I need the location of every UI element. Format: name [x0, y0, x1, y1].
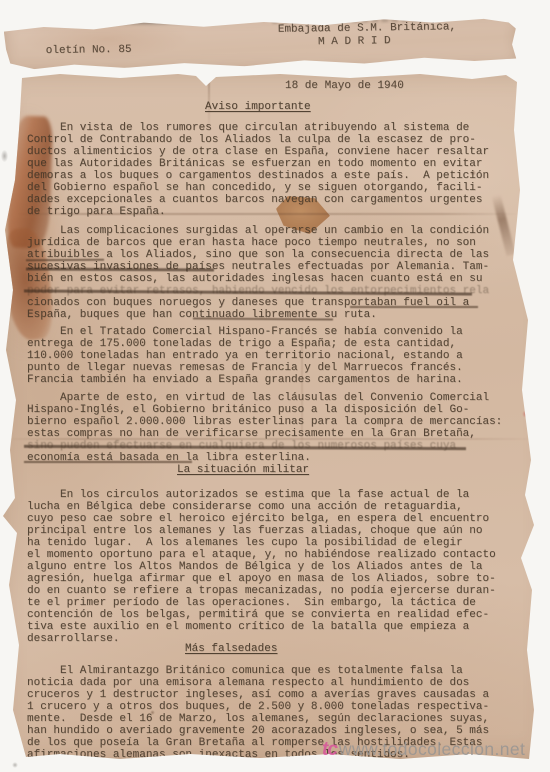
section-heading-mas-falsedades: Más falsedades: [185, 643, 277, 655]
text-line: agresión, huelga afirmar que el apoyo en…: [27, 573, 496, 585]
text-line: tiva este auxilio en el momento crítico …: [27, 621, 496, 633]
embassy-city: M A D R I D: [318, 35, 391, 48]
text-line: Control de Contrabando de los Aliados la…: [27, 134, 489, 146]
text-line: el momento oportuno para el ataque, y, n…: [27, 549, 496, 561]
embassy-name: Embajada de S.M. Británica,: [278, 21, 456, 35]
watermark-url: www.todocoleccion.net: [339, 739, 525, 759]
text-line: sucesivas invasiones de países neutrales…: [27, 261, 489, 273]
text-line: bién en estos casos, las autoridades ing…: [27, 273, 489, 285]
text-line: do en cuanto se refiere a tropas mecaniz…: [27, 585, 496, 597]
text-line: estas compras no han de verificarse prec…: [27, 428, 502, 440]
text-line: En los circulos autorizados se estima qu…: [27, 489, 496, 501]
text-line: Hispano-Inglés, el Gobierno británico pu…: [27, 404, 502, 416]
text-line: lucha en Bélgica debe considerarse como …: [27, 501, 496, 513]
background-speck: [1, 150, 8, 162]
header-strip-fragment: oletín No. 85 Embajada de S.M. Británica…: [4, 12, 519, 71]
text-line: cruceros y 1 destructor ingleses, así co…: [27, 689, 489, 701]
text-line: principal entre los alemanes y las fuerz…: [27, 525, 496, 537]
background-speck: [12, 762, 18, 768]
text-line: ha tenido lugar. A los alemanes les cupo…: [27, 537, 496, 549]
todocoleccion-logo: tc: [322, 739, 337, 760]
text-line: 110.000 toneladas han entrado ya en terr…: [27, 350, 463, 362]
text-line: ductos alimenticios y de otra clase en E…: [27, 146, 489, 158]
text-line: que las Autoridades Británicas se esfuer…: [27, 158, 489, 170]
text-line: demoras a los buques o cargamentos desti…: [27, 170, 489, 182]
text-line: sino pueden efectuarse en cualquiera de …: [27, 440, 502, 452]
text-line: Aparte de esto, en virtud de las cláusul…: [27, 392, 502, 404]
edge-shadow-stain: [492, 194, 516, 256]
paragraph: Aparte de esto, en virtud de las cláusul…: [27, 392, 502, 464]
document-date: 18 de Mayo de 1940: [285, 80, 404, 92]
watermark: tcwww.todocoleccion.net: [322, 739, 525, 761]
paragraph: En vista de los rumores que circulan atr…: [27, 122, 489, 218]
text-line: te el primer período de las operaciones.…: [27, 597, 496, 609]
paragraph: En los circulos autorizados se estima qu…: [27, 489, 496, 645]
text-line: cuyo peso cae sobre el heroico ejército …: [27, 513, 496, 525]
text-line: han hundido o averiado gravemente 20 aco…: [27, 725, 489, 737]
text-line: del Gobierno español se han concedido, y…: [27, 182, 489, 194]
text-line: de trigo para España.: [27, 206, 489, 218]
text-line: En el Tratado Comercial Hispano-Francés …: [27, 326, 463, 338]
scanned-document-photo: oletín No. 85 Embajada de S.M. Británica…: [0, 0, 550, 772]
text-line: dades excepcionales a cuantos barcos nav…: [27, 194, 489, 206]
paragraph: Las complicaciones surgidas al operarse …: [27, 225, 489, 321]
paper-speck-red: [522, 410, 530, 418]
text-line: cionados con buques noruegos y daneses q…: [27, 297, 489, 309]
text-line: contención de los belgas, permitirá que …: [27, 609, 496, 621]
text-line: Francia también ha enviado a España gran…: [27, 374, 463, 386]
text-line: entrega de 175.000 toneladas de trigo a …: [27, 338, 463, 350]
section-heading-aviso: Aviso importante: [205, 101, 311, 113]
section-heading-situacion-militar: La situación militar: [177, 464, 309, 476]
text-line: economía está basada en la libra esterli…: [27, 452, 502, 464]
bulletin-number-label: oletín No. 85: [46, 44, 132, 57]
text-line: alguno entre los Altos Mandos de Bélgica…: [27, 561, 496, 573]
text-line: En vista de los rumores que circulan atr…: [27, 122, 489, 134]
text-line: El Almirantazgo Británico comunica que e…: [27, 665, 489, 677]
text-line: bierno español 2.000.000 libras esterlin…: [27, 416, 502, 428]
text-line: poder para evitar retrasos, habiendo ven…: [27, 285, 489, 297]
dirt-smudge: [84, 18, 224, 27]
bulletin-number: oletín No. 85: [6, 28, 167, 73]
text-line: atribuibles a los Aliados, sino que son …: [27, 249, 489, 261]
document-sheet: 18 de Mayo de 1940 Aviso importante En v…: [0, 70, 550, 762]
text-line: jurídica de barcos que eran hasta hace p…: [27, 237, 489, 249]
text-line: punto de llegar nuevas remesas de Franci…: [27, 362, 463, 374]
text-line: mente. Desde el 16 de Marzo, los alemane…: [27, 713, 489, 725]
paragraph: En el Tratado Comercial Hispano-Francés …: [27, 326, 463, 386]
text-line: 1 crucero y a otros dos buques, de 2.500…: [27, 701, 489, 713]
text-line: noticia dada por una emisora alemana res…: [27, 677, 489, 689]
text-line: España, buques que han continuado librem…: [27, 309, 489, 321]
text-line: Las complicaciones surgidas al operarse …: [27, 225, 489, 237]
